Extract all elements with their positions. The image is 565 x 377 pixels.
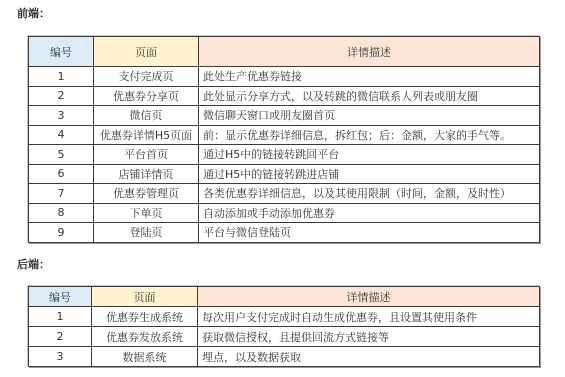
cell-desc: 通过H5中的链接转跳进店铺 bbox=[199, 164, 540, 184]
cell-num: 1 bbox=[29, 67, 94, 87]
table-row: 6 店铺详情页 通过H5中的链接转跳进店铺 bbox=[29, 164, 540, 184]
cell-num: 2 bbox=[29, 327, 92, 347]
table-row: 8 下单页 自动添加或手动添加优惠券 bbox=[29, 203, 540, 223]
table-row: 2 优惠券分享页 此处显示分享方式，以及转跳的微信联系人列表或朋友圈 bbox=[29, 86, 540, 106]
cell-page: 平台首页 bbox=[94, 145, 199, 165]
frontend-section-title: 前端： bbox=[17, 7, 50, 21]
cell-desc: 通过H5中的链接转跳回平台 bbox=[199, 145, 540, 165]
table-row: 2 优惠券发放系统 获取微信授权，且提供回流方式链接等 bbox=[29, 327, 540, 347]
cell-desc: 前：显示优惠券详细信息，拆红包；后：金额，大家的手气等。 bbox=[199, 125, 540, 145]
cell-desc: 各类优惠券详细信息，以及其使用限制（时间，金额，及时性） bbox=[199, 184, 540, 204]
table-row: 7 优惠券管理页 各类优惠券详细信息，以及其使用限制（时间，金额，及时性） bbox=[29, 184, 540, 204]
cell-desc: 此处显示分享方式，以及转跳的微信联系人列表或朋友圈 bbox=[199, 86, 540, 106]
cell-num: 3 bbox=[29, 347, 92, 367]
cell-num: 8 bbox=[29, 203, 94, 223]
table-header-row: 编号 页面 详情描述 bbox=[29, 287, 540, 307]
backend-table: 编号 页面 详情描述 1 优惠券生成系统 每次用户支付完成时自动生成优惠券，且设… bbox=[28, 286, 540, 367]
header-desc: 详情描述 bbox=[199, 37, 540, 67]
table-row: 3 微信页 微信聊天窗口或朋友圈首页 bbox=[29, 106, 540, 126]
table-row: 1 优惠券生成系统 每次用户支付完成时自动生成优惠券，且设置其使用条件 bbox=[29, 307, 540, 327]
cell-num: 3 bbox=[29, 106, 94, 126]
header-page: 页面 bbox=[92, 287, 198, 307]
cell-num: 4 bbox=[29, 125, 94, 145]
table-row: 3 数据系统 埋点，以及数据获取 bbox=[29, 347, 540, 367]
table-row: 5 平台首页 通过H5中的链接转跳回平台 bbox=[29, 145, 540, 165]
table-row: 4 优惠券详情H5页面 前：显示优惠券详细信息，拆红包；后：金额，大家的手气等。 bbox=[29, 125, 540, 145]
cell-page: 微信页 bbox=[94, 106, 199, 126]
cell-num: 2 bbox=[29, 86, 94, 106]
header-num: 编号 bbox=[29, 37, 94, 67]
cell-page: 优惠券发放系统 bbox=[92, 327, 198, 347]
cell-desc: 此处生产优惠券链接 bbox=[199, 67, 540, 87]
cell-page: 店铺详情页 bbox=[94, 164, 199, 184]
backend-section-title: 后端： bbox=[17, 258, 50, 272]
cell-page: 数据系统 bbox=[92, 347, 198, 367]
cell-num: 1 bbox=[29, 307, 92, 327]
cell-page: 优惠券分享页 bbox=[94, 86, 199, 106]
cell-num: 6 bbox=[29, 164, 94, 184]
cell-page: 优惠券管理页 bbox=[94, 184, 199, 204]
cell-page: 优惠券生成系统 bbox=[92, 307, 198, 327]
cell-page: 下单页 bbox=[94, 203, 199, 223]
table-row: 9 登陆页 平台与微信登陆页 bbox=[29, 223, 540, 243]
cell-desc: 获取微信授权，且提供回流方式链接等 bbox=[198, 327, 540, 347]
header-num: 编号 bbox=[29, 287, 92, 307]
header-desc: 详情描述 bbox=[198, 287, 540, 307]
cell-num: 9 bbox=[29, 223, 94, 243]
cell-num: 5 bbox=[29, 145, 94, 165]
cell-desc: 埋点，以及数据获取 bbox=[198, 347, 540, 367]
table-row: 1 支付完成页 此处生产优惠券链接 bbox=[29, 67, 540, 87]
header-page: 页面 bbox=[94, 37, 199, 67]
cell-page: 优惠券详情H5页面 bbox=[94, 125, 199, 145]
cell-num: 7 bbox=[29, 184, 94, 204]
cell-desc: 每次用户支付完成时自动生成优惠券，且设置其使用条件 bbox=[198, 307, 540, 327]
cell-page: 登陆页 bbox=[94, 223, 199, 243]
cell-desc: 自动添加或手动添加优惠券 bbox=[199, 203, 540, 223]
cell-desc: 微信聊天窗口或朋友圈首页 bbox=[199, 106, 540, 126]
cell-page: 支付完成页 bbox=[94, 67, 199, 87]
frontend-table: 编号 页面 详情描述 1 支付完成页 此处生产优惠券链接 2 优惠券分享页 此处… bbox=[28, 36, 540, 243]
table-header-row: 编号 页面 详情描述 bbox=[29, 37, 540, 67]
cell-desc: 平台与微信登陆页 bbox=[199, 223, 540, 243]
